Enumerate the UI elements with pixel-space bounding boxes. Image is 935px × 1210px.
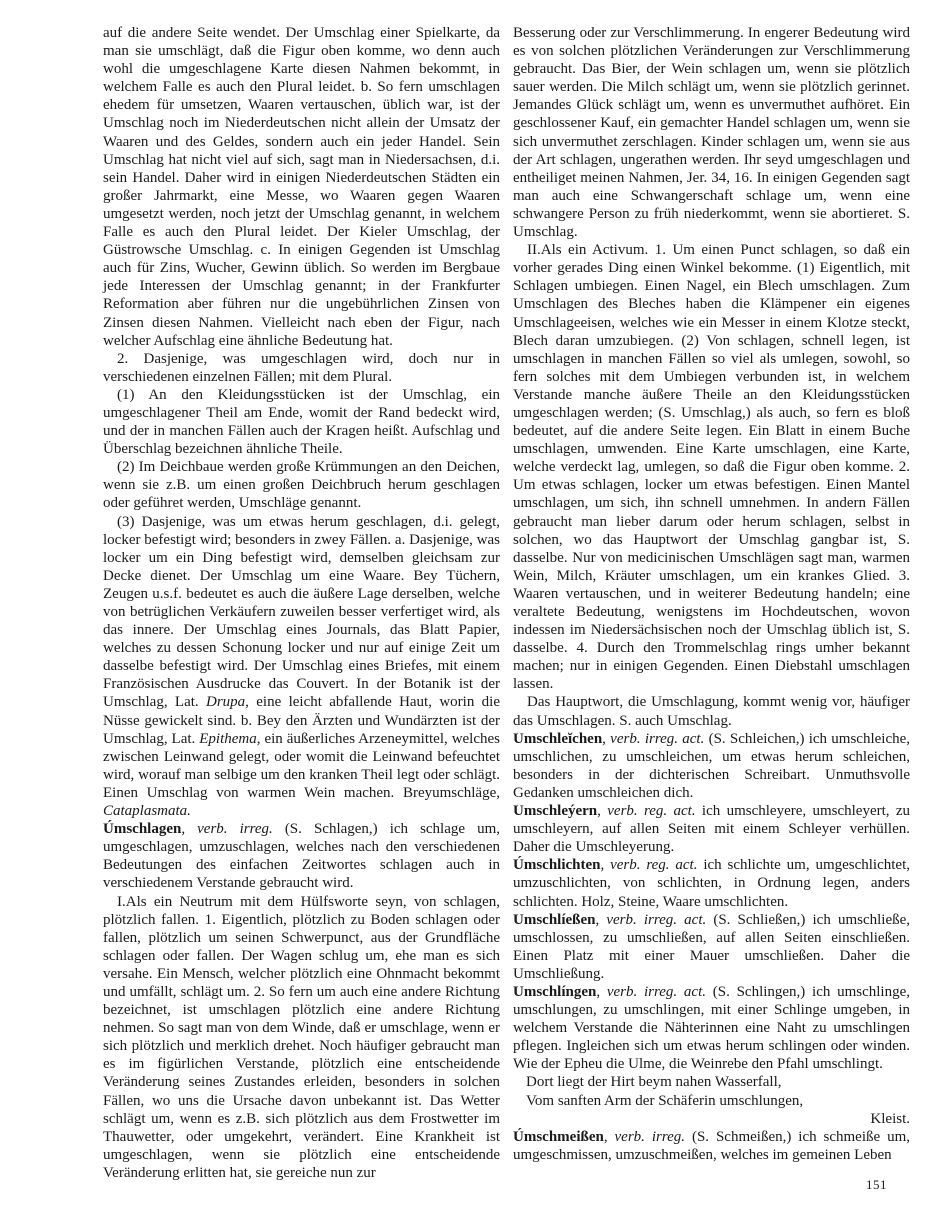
body-paragraph: Das Hauptwort, die Umschlagung, kommt we… xyxy=(513,693,910,729)
body-text: , xyxy=(181,821,197,837)
italic-text: verb. irreg. act. xyxy=(606,912,706,928)
body-paragraph: auf die andere Seite wendet. Der Umschla… xyxy=(103,24,500,350)
body-paragraph: (1) An den Kleidungsstücken ist der Umsc… xyxy=(103,386,500,458)
italic-text: Drupa, xyxy=(206,694,249,710)
body-text: (2) Im Deichbaue werden große Krümmungen… xyxy=(103,459,500,511)
italic-text: Epithema, xyxy=(199,731,260,747)
headword: Úmschmeißen xyxy=(513,1129,604,1145)
verse-attribution: Kleist. xyxy=(513,1110,910,1128)
verse-line: Dort liegt der Hirt beym nahen Wasserfal… xyxy=(513,1073,910,1091)
headword: Umschleýern xyxy=(513,803,597,819)
dictionary-entry: Umschleýern, verb. reg. act. ich umschle… xyxy=(513,802,910,856)
body-text: Vom sanften Arm der Schäferin umschlunge… xyxy=(526,1093,803,1109)
body-text: , xyxy=(596,912,607,928)
italic-text: Cataplasmata. xyxy=(103,803,191,819)
body-paragraph: II.Als ein Activum. 1. Um einen Punct sc… xyxy=(513,241,910,693)
italic-text: verb. irreg. xyxy=(615,1129,686,1145)
dictionary-entry: Úmschlagen, verb. irreg. (S. Schlagen,) … xyxy=(103,820,500,892)
headword: Úmschlichten xyxy=(513,857,601,873)
body-paragraph: (2) Im Deichbaue werden große Krümmungen… xyxy=(103,458,500,512)
body-paragraph: (3) Dasjenige, was um etwas herum geschl… xyxy=(103,513,500,821)
text-column-right: Besserung oder zur Verschlimmerung. In e… xyxy=(513,24,910,1182)
body-text: Besserung oder zur Verschlimmerung. In e… xyxy=(513,25,910,240)
text-column-left: auf die andere Seite wendet. Der Umschla… xyxy=(103,24,500,1182)
body-paragraph: Besserung oder zur Verschlimmerung. In e… xyxy=(513,24,910,241)
dictionary-page: auf die andere Seite wendet. Der Umschla… xyxy=(0,0,935,1210)
dictionary-entry: Umschlíeßen, verb. irreg. act. (S. Schli… xyxy=(513,911,910,983)
dictionary-entry: Umschleĭchen, verb. irreg. act. (S. Schl… xyxy=(513,730,910,802)
body-text: , xyxy=(596,984,607,1000)
body-paragraph: I.Als ein Neutrum mit dem Hülfsworte sey… xyxy=(103,893,500,1183)
body-text: Dort liegt der Hirt beym nahen Wasserfal… xyxy=(526,1074,782,1090)
body-text: , xyxy=(597,803,607,819)
headword: Úmschlagen xyxy=(103,821,181,837)
body-text: (3) Dasjenige, was um etwas herum geschl… xyxy=(103,514,500,711)
body-text: Kleist. xyxy=(870,1111,910,1127)
body-text: I.Als ein Neutrum mit dem Hülfsworte sey… xyxy=(103,894,500,1181)
italic-text: verb. irreg. act. xyxy=(610,731,704,747)
body-text: auf die andere Seite wendet. Der Umschla… xyxy=(103,25,500,349)
italic-text: verb. reg. act. xyxy=(607,803,695,819)
two-column-text: auf die andere Seite wendet. Der Umschla… xyxy=(103,24,910,1182)
italic-text: verb. reg. act. xyxy=(610,857,697,873)
body-text: , xyxy=(602,731,610,747)
page-number: 151 xyxy=(866,1177,887,1193)
headword: Umschlíngen xyxy=(513,984,596,1000)
body-text: II.Als ein Activum. 1. Um einen Punct sc… xyxy=(513,242,910,692)
italic-text: verb. irreg. xyxy=(197,821,273,837)
body-text: , xyxy=(601,857,611,873)
dictionary-entry: Umschlíngen, verb. irreg. act. (S. Schli… xyxy=(513,983,910,1073)
body-text: 2. Dasjenige, was umgeschlagen wird, doc… xyxy=(103,351,500,385)
headword: Umschleĭchen xyxy=(513,731,602,747)
body-text: (1) An den Kleidungsstücken ist der Umsc… xyxy=(103,387,500,457)
dictionary-entry: Úmschmeißen, verb. irreg. (S. Schmeißen,… xyxy=(513,1128,910,1164)
headword: Umschlíeßen xyxy=(513,912,596,928)
body-text: Das Hauptwort, die Umschlagung, kommt we… xyxy=(513,694,910,728)
body-text: , xyxy=(604,1129,615,1145)
dictionary-entry: Úmschlichten, verb. reg. act. ich schlic… xyxy=(513,856,910,910)
italic-text: verb. irreg. act. xyxy=(607,984,706,1000)
verse-line: Vom sanften Arm der Schäferin umschlunge… xyxy=(513,1092,910,1110)
body-paragraph: 2. Dasjenige, was umgeschlagen wird, doc… xyxy=(103,350,500,386)
